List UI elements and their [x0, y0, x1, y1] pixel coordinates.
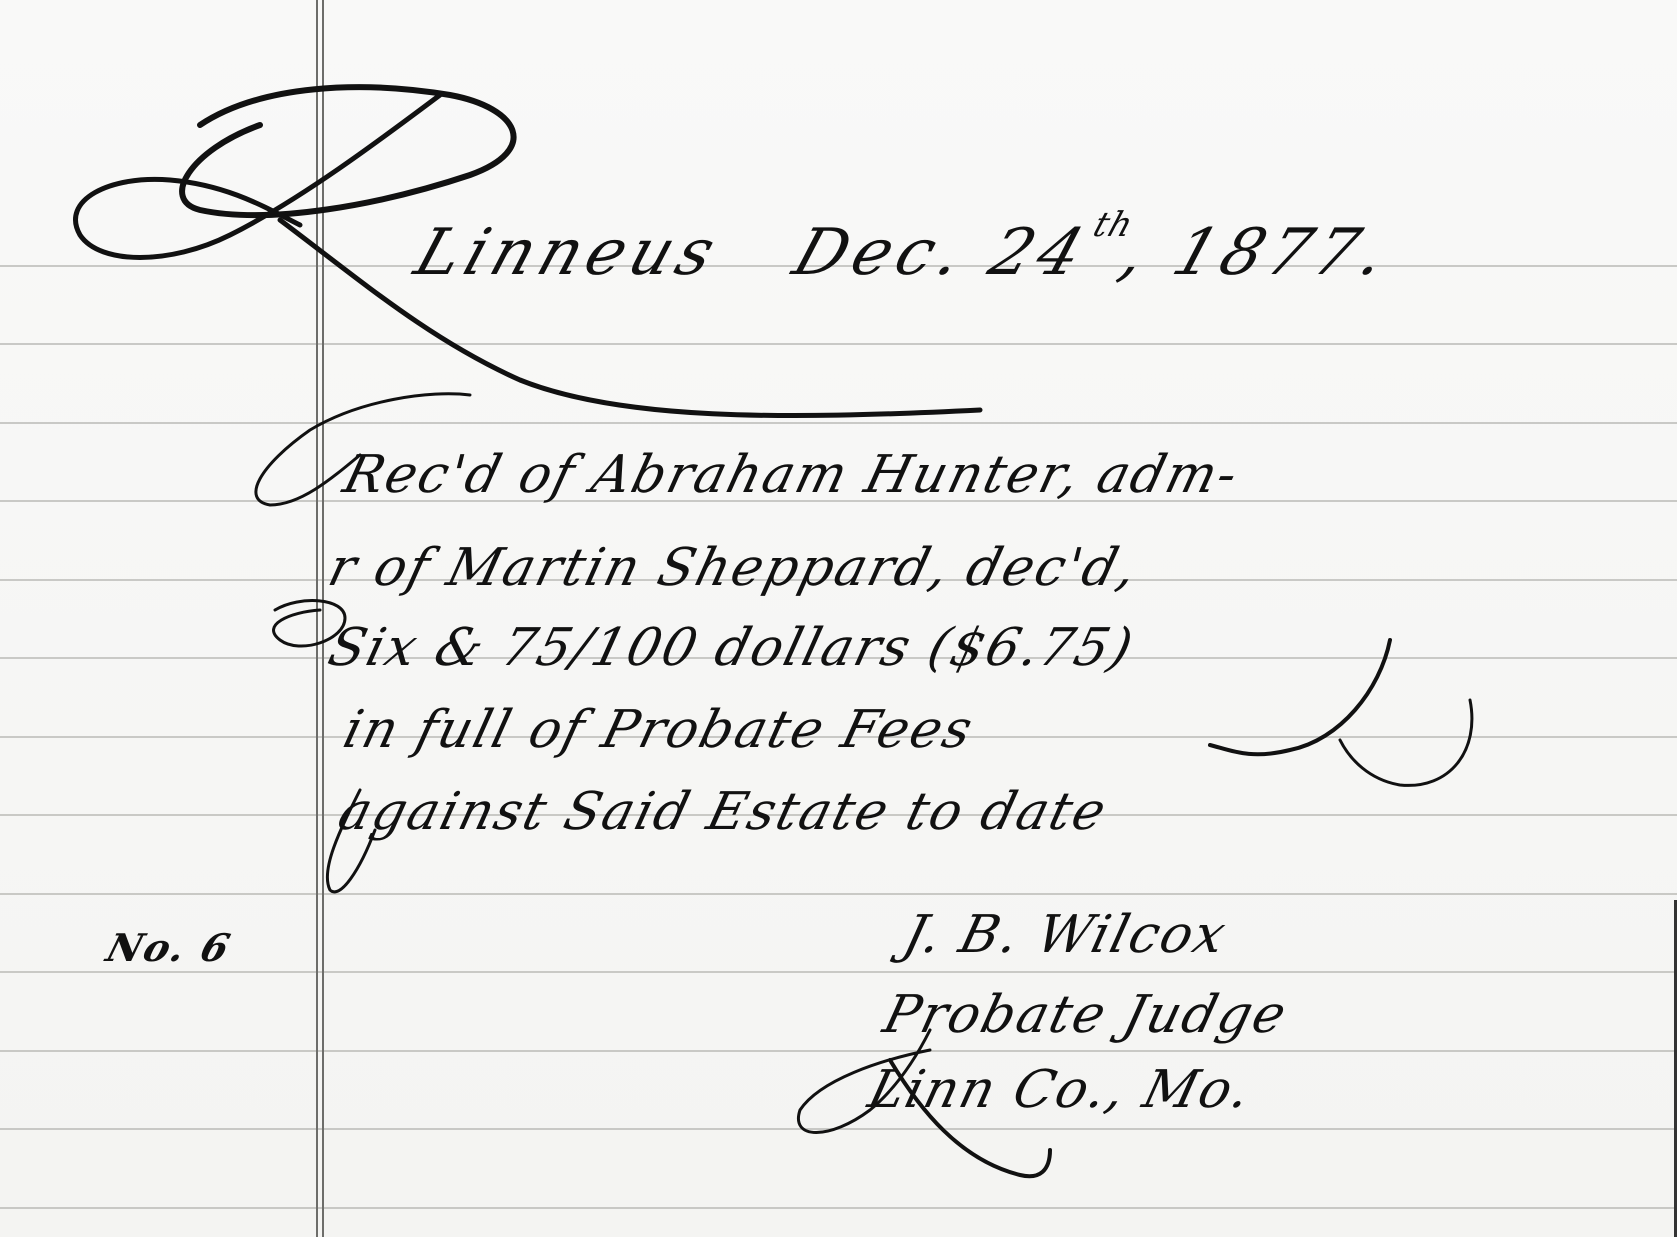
heading-date: Dec. 24: [785, 216, 1098, 290]
ledger-page: Linneus Dec. 24th, 1877. Rec'd of Abraha…: [0, 0, 1677, 1237]
signature-title: Probate Judge: [878, 985, 1294, 1045]
margin-note-number: No. 6: [102, 925, 237, 970]
heading-place-date: Linneus Dec. 24th, 1877.: [406, 205, 1405, 290]
body-line-1: Rec'd of Abraham Hunter, adm-: [338, 445, 1246, 505]
heading-place: Linneus: [406, 216, 729, 290]
flourish-paren: [1210, 640, 1390, 754]
body-line-5: against Said Estate to date: [333, 782, 1114, 842]
body-line-2: r of Martin Sheppard, dec'd,: [323, 538, 1145, 598]
signature-name: J. B. Wilcox: [898, 905, 1234, 965]
body-line-3: Six & 75/100 dollars ($6.75): [323, 618, 1141, 678]
signature-county: Linn Co., Mo.: [863, 1060, 1259, 1120]
heading-year: , 1877.: [1111, 216, 1401, 290]
flourish-capital-l: [182, 87, 513, 215]
body-line-4: in full of Probate Fees: [338, 700, 980, 760]
